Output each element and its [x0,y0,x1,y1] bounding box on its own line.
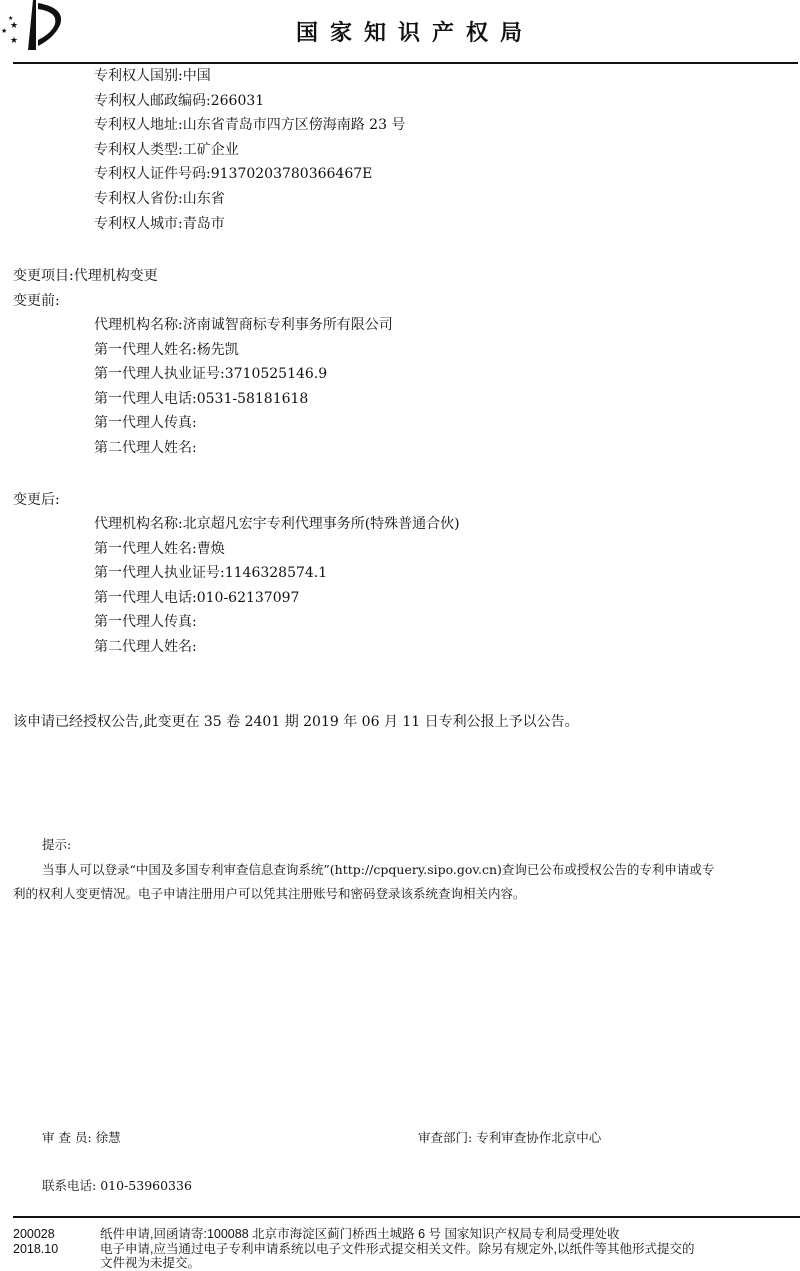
after-agent1-fax: 第一代理人传真: [94,610,460,635]
notice-line-1: 当事人可以登录“中国及多国专利审查信息查询系统”(http://cpquery.… [42,858,714,882]
before-agent1-name: 第一代理人姓名:杨先凯 [94,338,393,363]
after-agent1-phone: 第一代理人电话:010-62137097 [94,586,460,611]
after-block: 代理机构名称:北京超凡宏宇专利代理事务所(特殊普通合伙) 第一代理人姓名:曹焕 … [94,512,460,660]
patentee-province: 专利权人省份:山东省 [94,187,405,212]
after-agent1-name: 第一代理人姓名:曹焕 [94,537,460,562]
before-agency-name: 代理机构名称:济南诚智商标专利事务所有限公司 [94,313,393,338]
footer-line-2: 电子申请,应当通过电子专利申请系统以电子文件形式提交相关文件。除另有规定外,以纸… [100,1242,694,1256]
before-agent1-phone: 第一代理人电话:0531-58181618 [94,387,393,412]
before-heading: 变更前: [13,289,60,314]
patentee-postcode: 专利权人邮政编码:266031 [94,89,405,114]
patentee-city: 专利权人城市:青岛市 [94,212,405,237]
before-block: 代理机构名称:济南诚智商标专利事务所有限公司 第一代理人姓名:杨先凯 第一代理人… [94,313,393,461]
contact-phone: 联系电话: 010-53960336 [42,1174,192,1198]
before-agent1-fax: 第一代理人传真: [94,411,393,436]
examiner: 审 查 员: 徐慧 [42,1126,121,1150]
page-title: 国家知识产权局 [0,16,800,47]
department: 审查部门: 专利审查协作北京中心 [418,1126,601,1150]
after-agent1-license: 第一代理人执业证号:1146328574.1 [94,561,460,586]
before-agent2-name: 第二代理人姓名: [94,436,393,461]
after-agency-name: 代理机构名称:北京超凡宏宇专利代理事务所(特殊普通合伙) [94,512,460,537]
footer-line-1: 纸件申请,回函请寄:100088 北京市海淀区蓟门桥西土城路 6 号 国家知识产… [100,1227,620,1241]
patentee-id: 专利权人证件号码:91370203780366467E [94,162,405,187]
patentee-block: 专利权人国别:中国 专利权人邮政编码:266031 专利权人地址:山东省青岛市四… [94,64,405,236]
after-agent2-name: 第二代理人姓名: [94,635,460,660]
notice-heading: 提示: [42,833,71,857]
after-heading: 变更后: [13,488,60,513]
announcement-text: 该申请已经授权公告,此变更在 35 卷 2401 期 2019 年 06 月 1… [13,710,579,735]
footer-code-2: 2018.10 [13,1242,58,1256]
patentee-address: 专利权人地址:山东省青岛市四方区傍海南路 23 号 [94,113,405,138]
before-agent1-license: 第一代理人执业证号:3710525146.9 [94,362,393,387]
patentee-type: 专利权人类型:工矿企业 [94,138,405,163]
change-item: 变更项目:代理机构变更 [13,264,158,289]
footer-line-3: 文件视为未提交。 [100,1256,200,1270]
footer-divider [13,1216,800,1218]
footer-code-1: 200028 [13,1227,55,1241]
notice-line-2: 利的权利人变更情况。电子申请注册用户可以凭其注册账号和密码登录该系统查询相关内容… [13,882,526,906]
patentee-country: 专利权人国别:中国 [94,64,405,89]
